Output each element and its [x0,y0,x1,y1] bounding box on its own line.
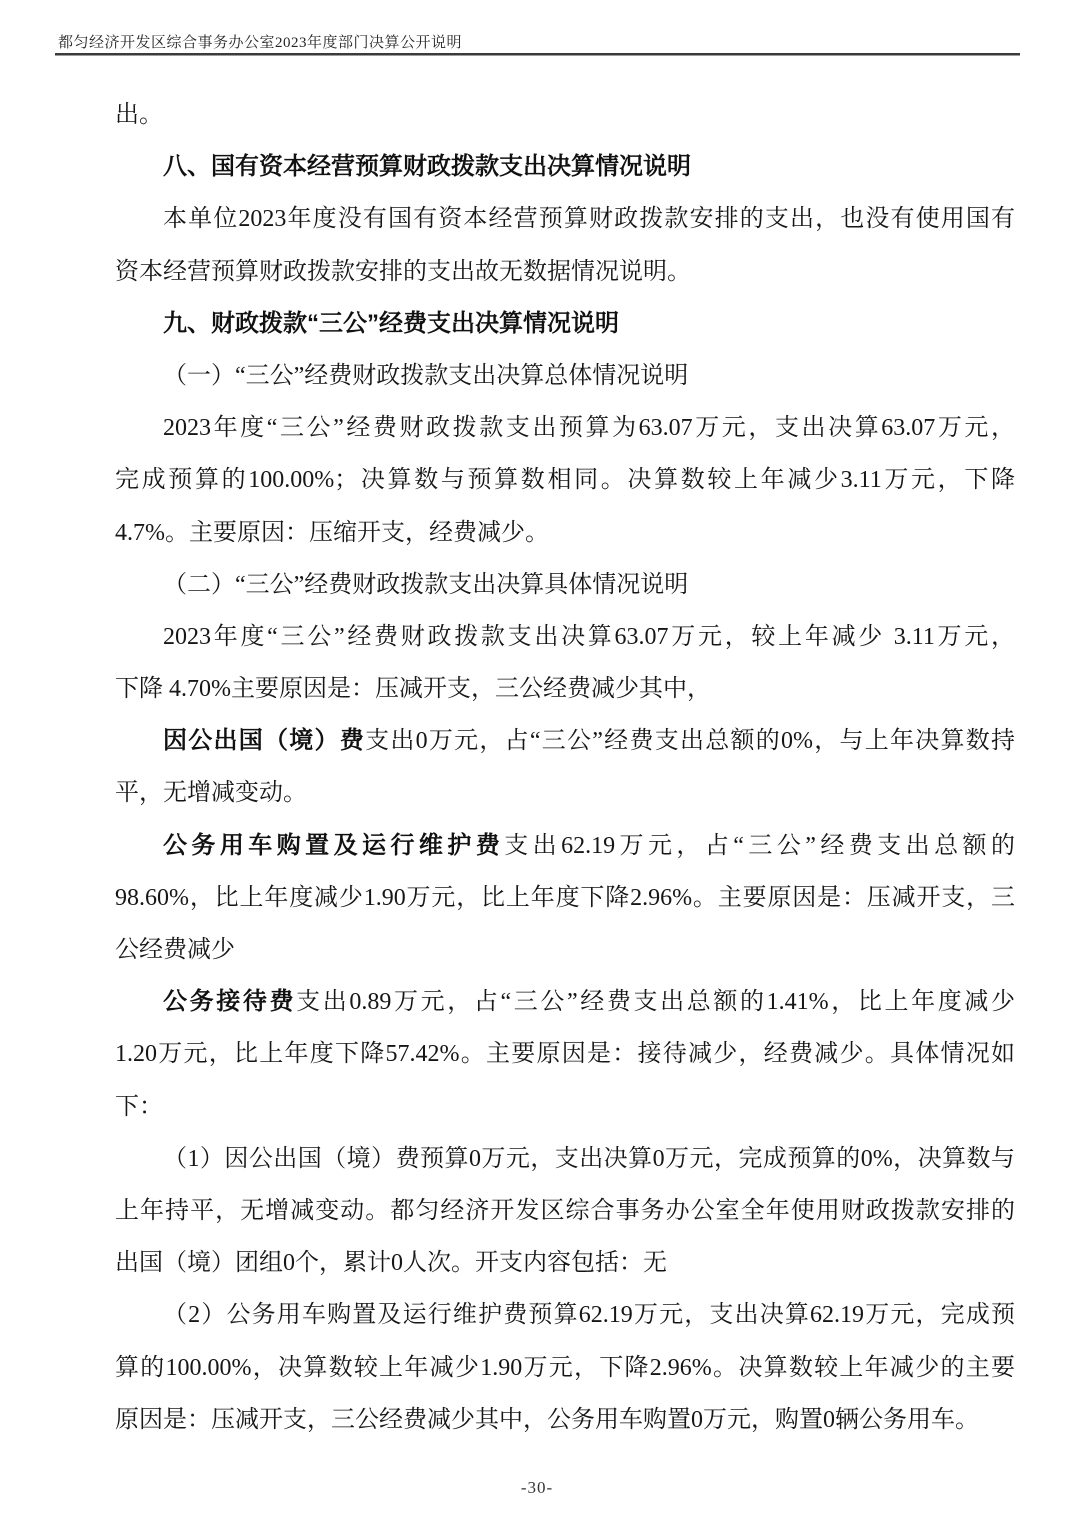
document-page: 都匀经济开发区综合事务办公室2023年度部门决算公开说明 出。 八、国有资本经营… [0,0,1074,1520]
text-line: 算的100.00%，决算数较上年减少1.90万元，下降2.96%。决算数较上年减… [115,1342,1015,1394]
text-run: 支出0万元，占“三公”经费支出总额的0%，与上年决算数持 [365,728,1015,754]
bold-run: 公务用车购置及运行维护费 [163,832,504,859]
text-line: 出国（境）团组0个，累计0人次。开支内容包括：无 [115,1237,1015,1289]
text-line: 平，无增减变动。 [115,767,1015,819]
bold-run: 因公出国（境）费 [163,727,365,754]
text-line: 1.20万元，比上年度下降57.42%。主要原因是：接待减少，经费减少。具体情况… [115,1028,1015,1080]
subsection-heading-1: （一）“三公”经费财政拨款支出决算总体情况说明 [115,350,1015,402]
text-line: （2）公务用车购置及运行维护费预算62.19万元，支出决算62.19万元，完成预 [115,1289,1015,1341]
header-rule [55,53,1020,56]
text-line: 出。 [115,89,1015,141]
text-line: 本单位2023年度没有国有资本经营预算财政拨款安排的支出，也没有使用国有 [115,193,1015,245]
text-line: 公务接待费支出0.89万元，占“三公”经费支出总额的1.41%，比上年度减少 [115,976,1015,1028]
text-line: 98.60%，比上年度减少1.90万元，比上年度下降2.96%。主要原因是：压减… [115,872,1015,924]
section-heading-8: 八、国有资本经营预算财政拨款支出决算情况说明 [115,141,1015,193]
section-heading-9: 九、财政拨款“三公”经费支出决算情况说明 [115,298,1015,350]
text-line: 资本经营预算财政拨款安排的支出故无数据情况说明。 [115,246,1015,298]
text-line: 2023年度“三公”经费财政拨款支出决算63.07万元，较上年减少 3.11万元… [115,611,1015,663]
text-line: 公经费减少 [115,924,1015,976]
text-line: 上年持平，无增减变动。都匀经济开发区综合事务办公室全年使用财政拨款安排的 [115,1185,1015,1237]
text-run: 支出62.19万元，占“三公”经费支出总额的 [504,833,1015,859]
text-line: 公务用车购置及运行维护费支出62.19万元，占“三公”经费支出总额的 [115,820,1015,872]
text-line: 完成预算的100.00%；决算数与预算数相同。决算数较上年减少3.11万元，下降 [115,454,1015,506]
text-line: 原因是：压减开支，三公经费减少其中，公务用车购置0万元，购置0辆公务用车。 [115,1394,1015,1446]
page-number: -30- [521,1478,553,1497]
document-body: 出。 八、国有资本经营预算财政拨款支出决算情况说明 本单位2023年度没有国有资… [115,89,1015,1446]
text-line: （1）因公出国（境）费预算0万元，支出决算0万元，完成预算的0%，决算数与 [115,1133,1015,1185]
header-title: 都匀经济开发区综合事务办公室2023年度部门决算公开说明 [58,34,462,52]
bold-run: 公务接待费 [163,988,296,1015]
text-line: 下： [115,1081,1015,1133]
text-line: 2023年度“三公”经费财政拨款支出预算为63.07万元，支出决算63.07万元… [115,402,1015,454]
text-line: 下降 4.70%主要原因是：压减开支，三公经费减少其中， [115,663,1015,715]
text-run: 支出0.89万元，占“三公”经费支出总额的1.41%，比上年度减少 [296,989,1015,1015]
subsection-heading-2: （二）“三公”经费财政拨款支出决算具体情况说明 [115,559,1015,611]
text-line: 因公出国（境）费支出0万元，占“三公”经费支出总额的0%，与上年决算数持 [115,715,1015,767]
text-line: 4.7%。主要原因：压缩开支，经费减少。 [115,507,1015,559]
page-footer: -30- [0,1478,1074,1498]
